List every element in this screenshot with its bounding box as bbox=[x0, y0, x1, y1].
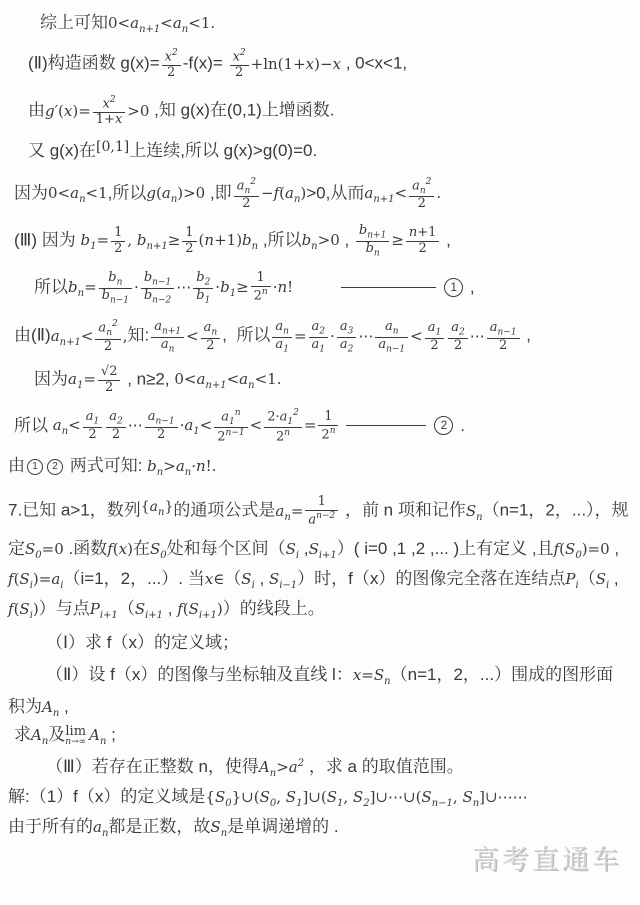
document-content: 综上可知0<an+1<an<1.(Ⅱ)构造函数 g(x)=x22-f(x)= x… bbox=[0, 12, 640, 840]
text-line: (Ⅲ) 因为 b1=12, bn+1≥12(n+1)bn ,所以bn>0 , b… bbox=[0, 224, 640, 259]
text-line: f(Si)）与点Pi+1（Si+1 , f(Si+1)）的线段上。 bbox=[0, 598, 640, 622]
watermark: 高考直通车 bbox=[472, 838, 622, 877]
text-line: 由g′(x)=x21+x>0 ,知 g(x)在(0,1)上增函数. bbox=[0, 95, 640, 128]
text-line: 又 g(x)在[0,1]上连续,所以 g(x)>g(0)=0. bbox=[0, 138, 640, 162]
text-line: 7.已知 a>1，数列{an}的通项公式是an=1an−2 ，前 n 项和记作S… bbox=[0, 495, 640, 528]
text-line: 所以 an<a12a22⋯an−12·a1<a1n2n−1<2·a122n=12… bbox=[0, 408, 640, 446]
text-line: （Ⅲ）若存在正整数 n，使得An>a2 ，求 a 的取值范围。 bbox=[0, 756, 640, 780]
text-line: 定S0=0 .函数f(x)在S0处和每个区间（Si ,Si+1）( i=0 ,1… bbox=[0, 538, 640, 562]
text-line: 由于所有的an都是正数，故Sn是单调递增的 . bbox=[0, 816, 640, 840]
text-line: (Ⅱ)构造函数 g(x)=x22-f(x)= x22+ln(1+x)−x , 0… bbox=[0, 48, 640, 81]
text-line: 积为An , bbox=[0, 696, 640, 720]
text-line: （Ⅱ）设 f（x）的图像与坐标轴及直线 l：x=Sn（n=1，2，...）围成的… bbox=[0, 664, 640, 688]
text-line: f(Si)=ai（i=1，2，...）. 当x∈（Si , Si−1）时，f（x… bbox=[0, 568, 640, 592]
text-line: 由12 两式可知: bn>an·n!. bbox=[0, 455, 640, 479]
text-line: 因为a1=√22 , n≥2, 0<an+1<an<1. bbox=[0, 365, 640, 396]
text-line: 解:（1）f（x）的定义域是{S0}∪(S0, S1]∪(S1, S2]∪⋯∪(… bbox=[0, 786, 640, 810]
text-line: 综上可知0<an+1<an<1. bbox=[0, 12, 640, 36]
text-line: （Ⅰ）求 f（x）的定义域； bbox=[0, 632, 640, 654]
text-line: 因为0<an<1,所以g(an)>0 ,即an22−f(an)>0,从而an+1… bbox=[0, 177, 640, 212]
text-line: 求An及limn→∞An ; bbox=[0, 724, 640, 748]
text-line: 所以bn=bnbn−1·bn−1bn−2⋯b2b1·b1≥12n·n!1 , bbox=[0, 271, 640, 306]
document-page: 综上可知0<an+1<an<1.(Ⅱ)构造函数 g(x)=x22-f(x)= x… bbox=[0, 0, 640, 905]
text-line: 由(Ⅱ)an+1<an22,知:an+1an<an2, 所以ana1=a2a1·… bbox=[0, 319, 640, 354]
